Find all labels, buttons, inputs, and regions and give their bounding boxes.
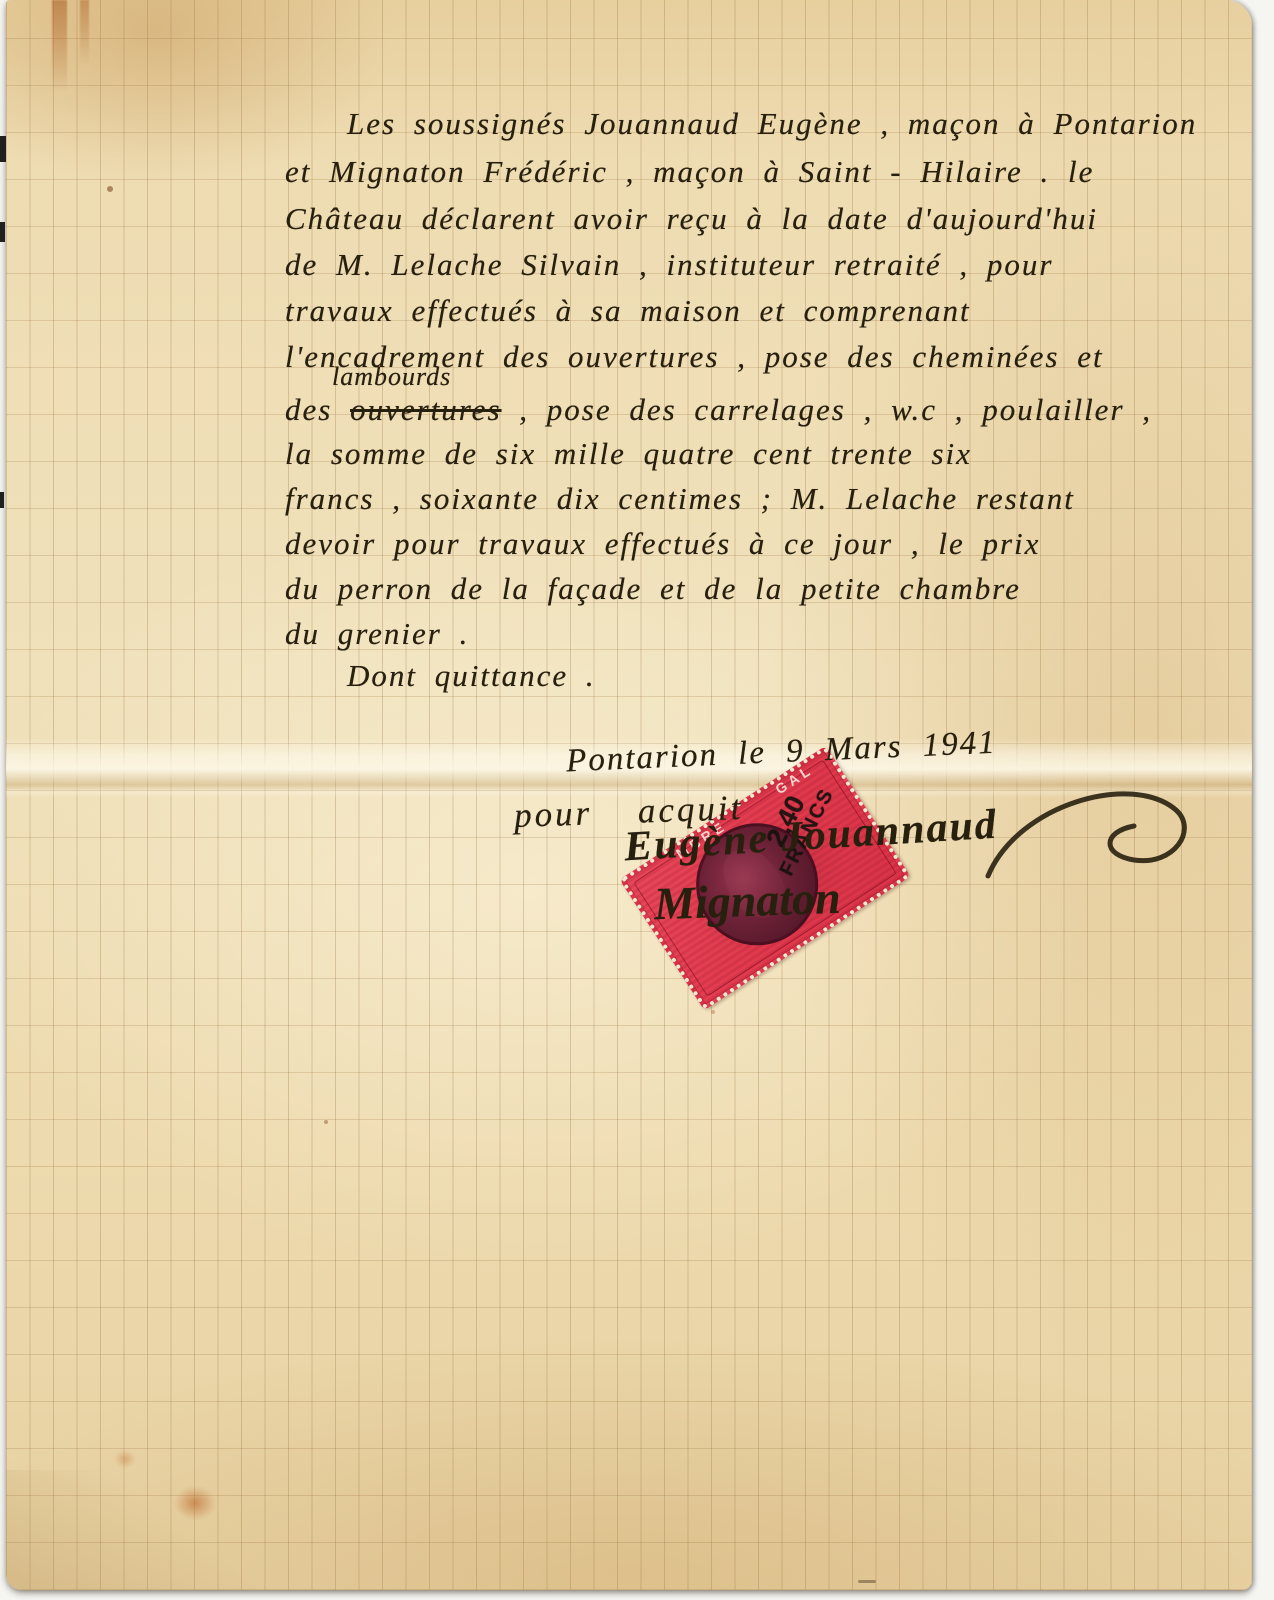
receipt-line: Les soussignés Jouannaud Eugène , maçon …	[285, 106, 1197, 152]
rust-stain	[174, 1486, 216, 1520]
receipt-line: et Mignaton Frédéric , maçon à Saint - H…	[285, 154, 1094, 200]
signature-mignaton: Mignaton	[653, 871, 841, 930]
scan-edge-nick	[0, 136, 6, 162]
scan-edge-nick	[0, 222, 5, 242]
ink-speck	[711, 1010, 715, 1014]
signature-flourish	[984, 780, 1204, 890]
struck-word: ouvertures	[350, 392, 501, 427]
rust-stain	[52, 0, 67, 92]
receipt-line: du grenier .	[285, 616, 469, 662]
amend-suffix: , pose des carrelages , w.c , poulailler…	[502, 392, 1153, 427]
corner-crease	[6, 1470, 426, 1590]
scanned-document-photo: Les soussignés Jouannaud Eugène , maçon …	[0, 0, 1274, 1600]
ink-speck	[107, 186, 113, 192]
closing-line: Dont quittance .	[285, 658, 596, 704]
receipt-line: devoir pour travaux effectués à ce jour …	[285, 526, 1040, 572]
receipt-line: de M. Lelache Silvain , instituteur retr…	[285, 247, 1053, 293]
rust-stain	[80, 0, 89, 64]
ink-speck	[324, 1120, 328, 1124]
receipt-line: travaux effectués à sa maison et compren…	[285, 293, 971, 339]
receipt-line: la somme de six mille quatre cent trente…	[285, 436, 972, 482]
rust-stain	[114, 1450, 136, 1468]
graph-paper-sheet: Les soussignés Jouannaud Eugène , maçon …	[6, 0, 1252, 1590]
receipt-line: Château déclarent avoir reçu à la date d…	[285, 201, 1098, 247]
receipt-line: du perron de la façade et de la petite c…	[285, 571, 1021, 617]
receipt-line: francs , soixante dix centimes ; M. Lela…	[285, 481, 1075, 527]
ink-speck	[858, 1580, 876, 1583]
amend-prefix: des	[285, 392, 350, 427]
scan-edge-nick	[0, 492, 4, 508]
receipt-line-amended: des ouvertures , pose des carrelages , w…	[285, 392, 1152, 438]
inserted-word: lambourds	[332, 362, 451, 392]
